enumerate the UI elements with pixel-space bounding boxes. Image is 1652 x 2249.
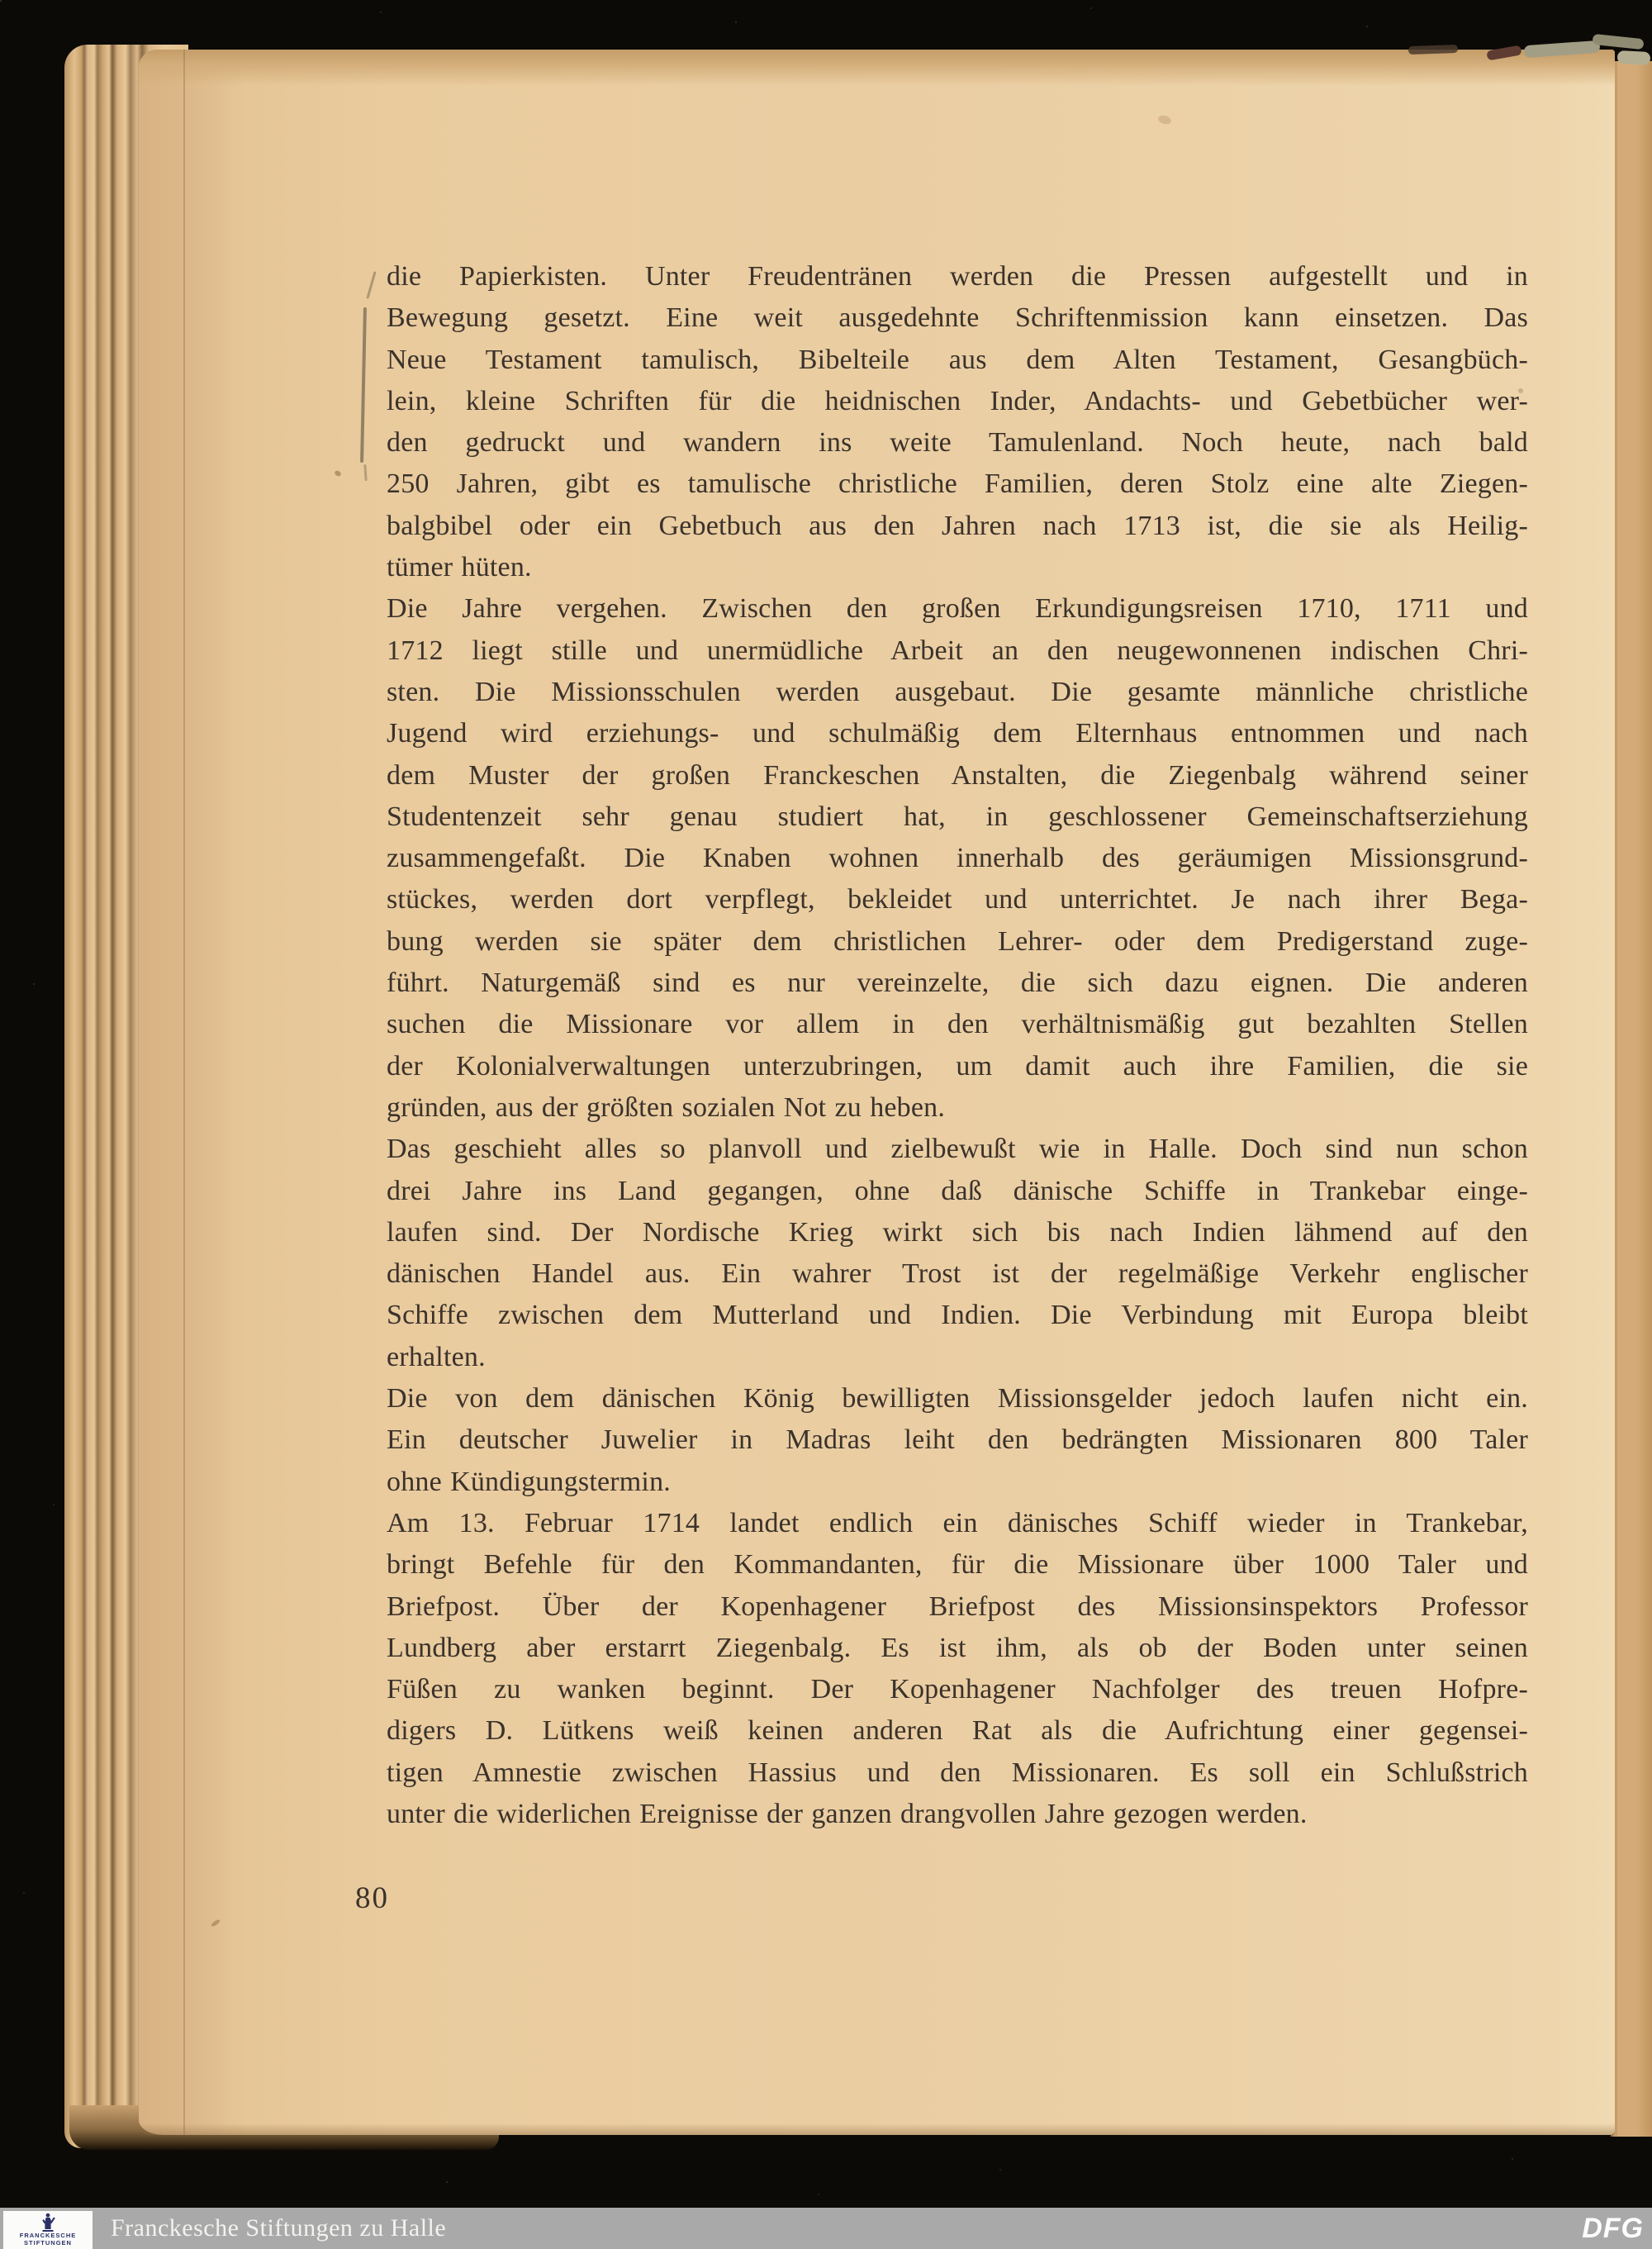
text-line: Am 13. Februar 1714 landet endlich ein d…: [387, 1503, 1528, 1544]
text-line: lein, kleine Schriften für die heidnisch…: [387, 381, 1528, 422]
binding-thread: [1408, 45, 1458, 55]
text-line: Bewegung gesetzt. Eine weit ausgedehnte …: [387, 297, 1528, 339]
text-line: sten. Die Missionsschulen werden ausgeba…: [387, 672, 1528, 713]
binding-thread: [1617, 50, 1651, 65]
dfg-logo: DFG: [1582, 2211, 1644, 2249]
text-line: balgbibel oder ein Gebetbuch aus den Jah…: [387, 506, 1528, 547]
logo-caption-line2: STIFTUNGEN: [24, 2240, 72, 2247]
text-line: tigen Amnestie zwischen Hassius und den …: [387, 1752, 1528, 1794]
text-line: Briefpost. Über der Kopenhagener Briefpo…: [387, 1586, 1528, 1628]
page-number: 80: [355, 1881, 389, 1916]
text-line: dänischen Handel aus. Ein wahrer Trost i…: [387, 1253, 1528, 1295]
francke-statue-icon: [37, 2213, 59, 2232]
institution-label: Franckesche Stiftungen zu Halle: [111, 2208, 446, 2249]
text-line: Ein deutscher Juwelier in Madras leiht d…: [387, 1419, 1528, 1461]
text-line: 250 Jahren, gibt es tamulische christlic…: [387, 464, 1528, 505]
text-line: der Kolonialverwaltungen unterzubringen,…: [387, 1046, 1528, 1087]
francke-foundations-logo: FRANCKESCHE STIFTUNGEN: [3, 2211, 93, 2249]
text-line: drei Jahre ins Land gegangen, ohne daß d…: [387, 1171, 1528, 1212]
text-line: zusammengefaßt. Die Knaben wohnen innerh…: [387, 838, 1528, 879]
page-text: die Papierkisten. Unter Freudentränen we…: [387, 256, 1528, 1835]
text-line: erhalten.: [387, 1337, 1528, 1378]
text-line: Studentenzeit sehr genau studiert hat, i…: [387, 796, 1528, 838]
text-line: unter die widerlichen Ereignisse der gan…: [387, 1794, 1528, 1835]
text-line: laufen sind. Der Nordische Krieg wirkt s…: [387, 1212, 1528, 1253]
text-line: Lundberg aber erstarrt Ziegenbalg. Es is…: [387, 1628, 1528, 1669]
text-line: ohne Kündigungstermin.: [387, 1462, 1528, 1503]
book-scan-viewer: die Papierkisten. Unter Freudentränen we…: [0, 0, 1652, 2249]
text-line: digers D. Lütkens weiß keinen anderen Ra…: [387, 1710, 1528, 1752]
text-line: Füßen zu wanken beginnt. Der Kopenhagene…: [387, 1669, 1528, 1710]
text-line: dem Muster der großen Franckeschen Ansta…: [387, 755, 1528, 796]
adjacent-page-edge: [1611, 61, 1652, 2137]
text-line: tümer hüten.: [387, 547, 1528, 588]
viewer-footer-bar: FRANCKESCHE STIFTUNGEN Franckesche Stift…: [0, 2208, 1652, 2249]
text-line: Die von dem dänischen König bewilligten …: [387, 1378, 1528, 1419]
text-line: 1712 liegt stille und unermüdliche Arbei…: [387, 630, 1528, 672]
text-line: suchen die Missionare vor allem in den v…: [387, 1004, 1528, 1045]
text-line: Schiffe zwischen dem Mutterland und Indi…: [387, 1295, 1528, 1336]
page-bottom-shadow: [139, 2123, 1615, 2135]
text-line: führt. Naturgemäß sind es nur vereinzelt…: [387, 963, 1528, 1004]
text-line: die Papierkisten. Unter Freudentränen we…: [387, 256, 1528, 297]
dust-specks: [0, 0, 2, 2]
text-line: gründen, aus der größten sozialen Not zu…: [387, 1087, 1528, 1129]
text-line: Neue Testament tamulisch, Bibelteile aus…: [387, 340, 1528, 381]
text-line: den gedruckt und wandern ins weite Tamul…: [387, 422, 1528, 464]
text-line: bringt Befehle für den Kommandanten, für…: [387, 1544, 1528, 1586]
text-line: Die Jahre vergehen. Zwischen den großen …: [387, 588, 1528, 630]
text-line: Jugend wird erziehungs- und schulmäßig d…: [387, 713, 1528, 754]
text-line: Das geschieht alles so planvoll und ziel…: [387, 1129, 1528, 1170]
text-line: stückes, werden dort verpflegt, bekleide…: [387, 879, 1528, 920]
text-line: bung werden sie später dem christlichen …: [387, 921, 1528, 963]
